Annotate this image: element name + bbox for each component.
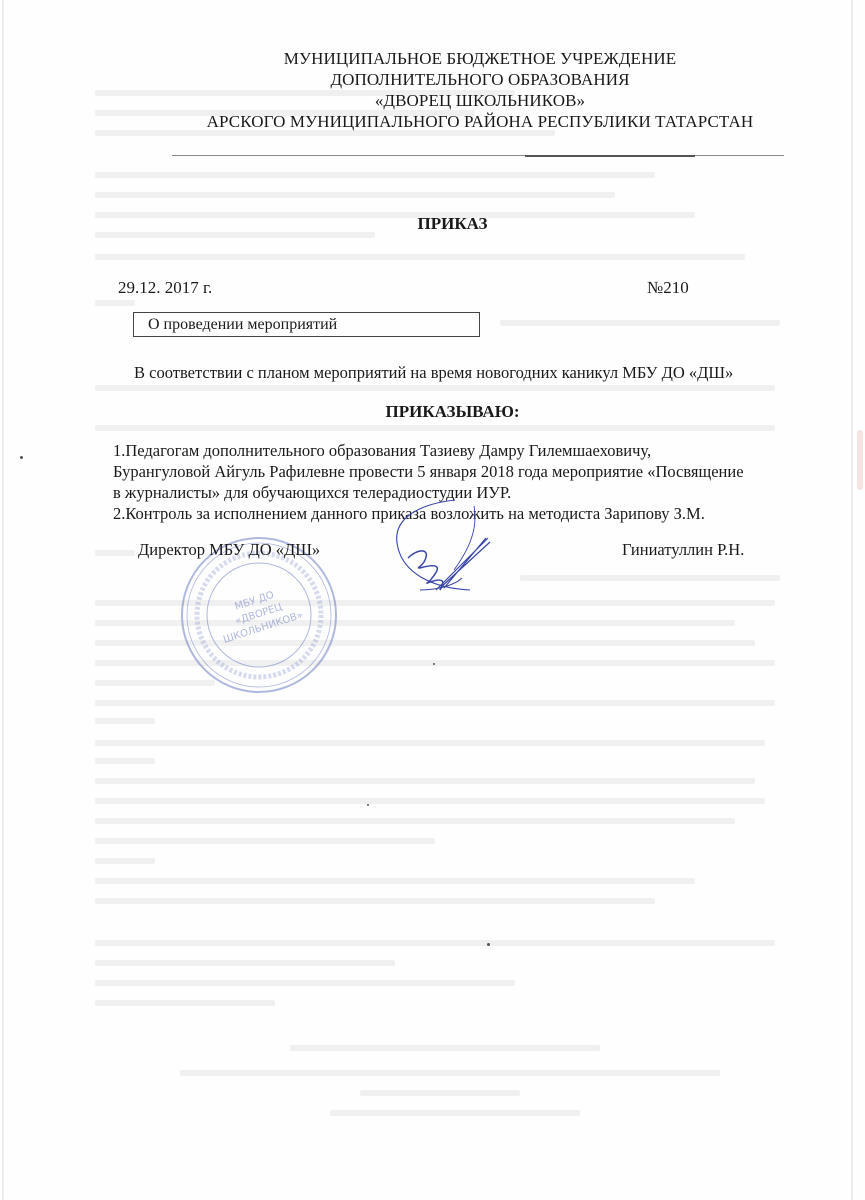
signatory-position: Директор МБУ ДО «ДШ» [138, 540, 320, 560]
header-line-2: ДОПОЛНИТЕЛЬНОГО ОБРАЗОВАНИЯ [170, 69, 790, 90]
scanned-page: МУНИЦИПАЛЬНОЕ БЮДЖЕТНОЕ УЧРЕЖДЕНИЕ ДОПОЛ… [0, 0, 865, 1200]
document-title: ПРИКАЗ [20, 214, 865, 234]
order-item-line: Бурангуловой Айгуль Рафилевне провести 5… [113, 461, 793, 482]
header-divider-accent [525, 155, 695, 157]
scan-mark [857, 430, 863, 490]
document-date: 29.12. 2017 г. [118, 278, 212, 298]
command-heading: ПРИКАЗЫВАЮ: [20, 402, 865, 422]
preamble: В соответствии с планом мероприятий на в… [134, 363, 733, 383]
scan-edge-right [851, 0, 853, 1200]
order-item-line: в журналисты» для обучающихся телерадиос… [113, 482, 793, 503]
order-item-line: 2.Контроль за исполнением данного приказ… [113, 503, 793, 524]
header-line-1: МУНИЦИПАЛЬНОЕ БЮДЖЕТНОЕ УЧРЕЖДЕНИЕ [170, 48, 790, 69]
scan-speck [20, 456, 23, 459]
signatory-name: Гиниатуллин Р.Н. [622, 540, 744, 560]
document-number: №210 [647, 278, 689, 298]
scan-speck [367, 804, 369, 806]
scan-edge-left [2, 0, 4, 1200]
document-subject: О проведении мероприятий [133, 312, 480, 337]
order-item-line: 1.Педагогам дополнительного образования … [113, 440, 793, 461]
scan-speck [433, 663, 435, 665]
order-items: 1.Педагогам дополнительного образования … [113, 440, 793, 524]
header-line-4: АРСКОГО МУНИЦИПАЛЬНОГО РАЙОНА РЕСПУБЛИКИ… [170, 111, 790, 132]
scan-speck [487, 943, 490, 946]
header-line-3: «ДВОРЕЦ ШКОЛЬНИКОВ» [170, 90, 790, 111]
organization-header: МУНИЦИПАЛЬНОЕ БЮДЖЕТНОЕ УЧРЕЖДЕНИЕ ДОПОЛ… [170, 48, 790, 132]
subject-text: О проведении мероприятий [148, 316, 337, 333]
